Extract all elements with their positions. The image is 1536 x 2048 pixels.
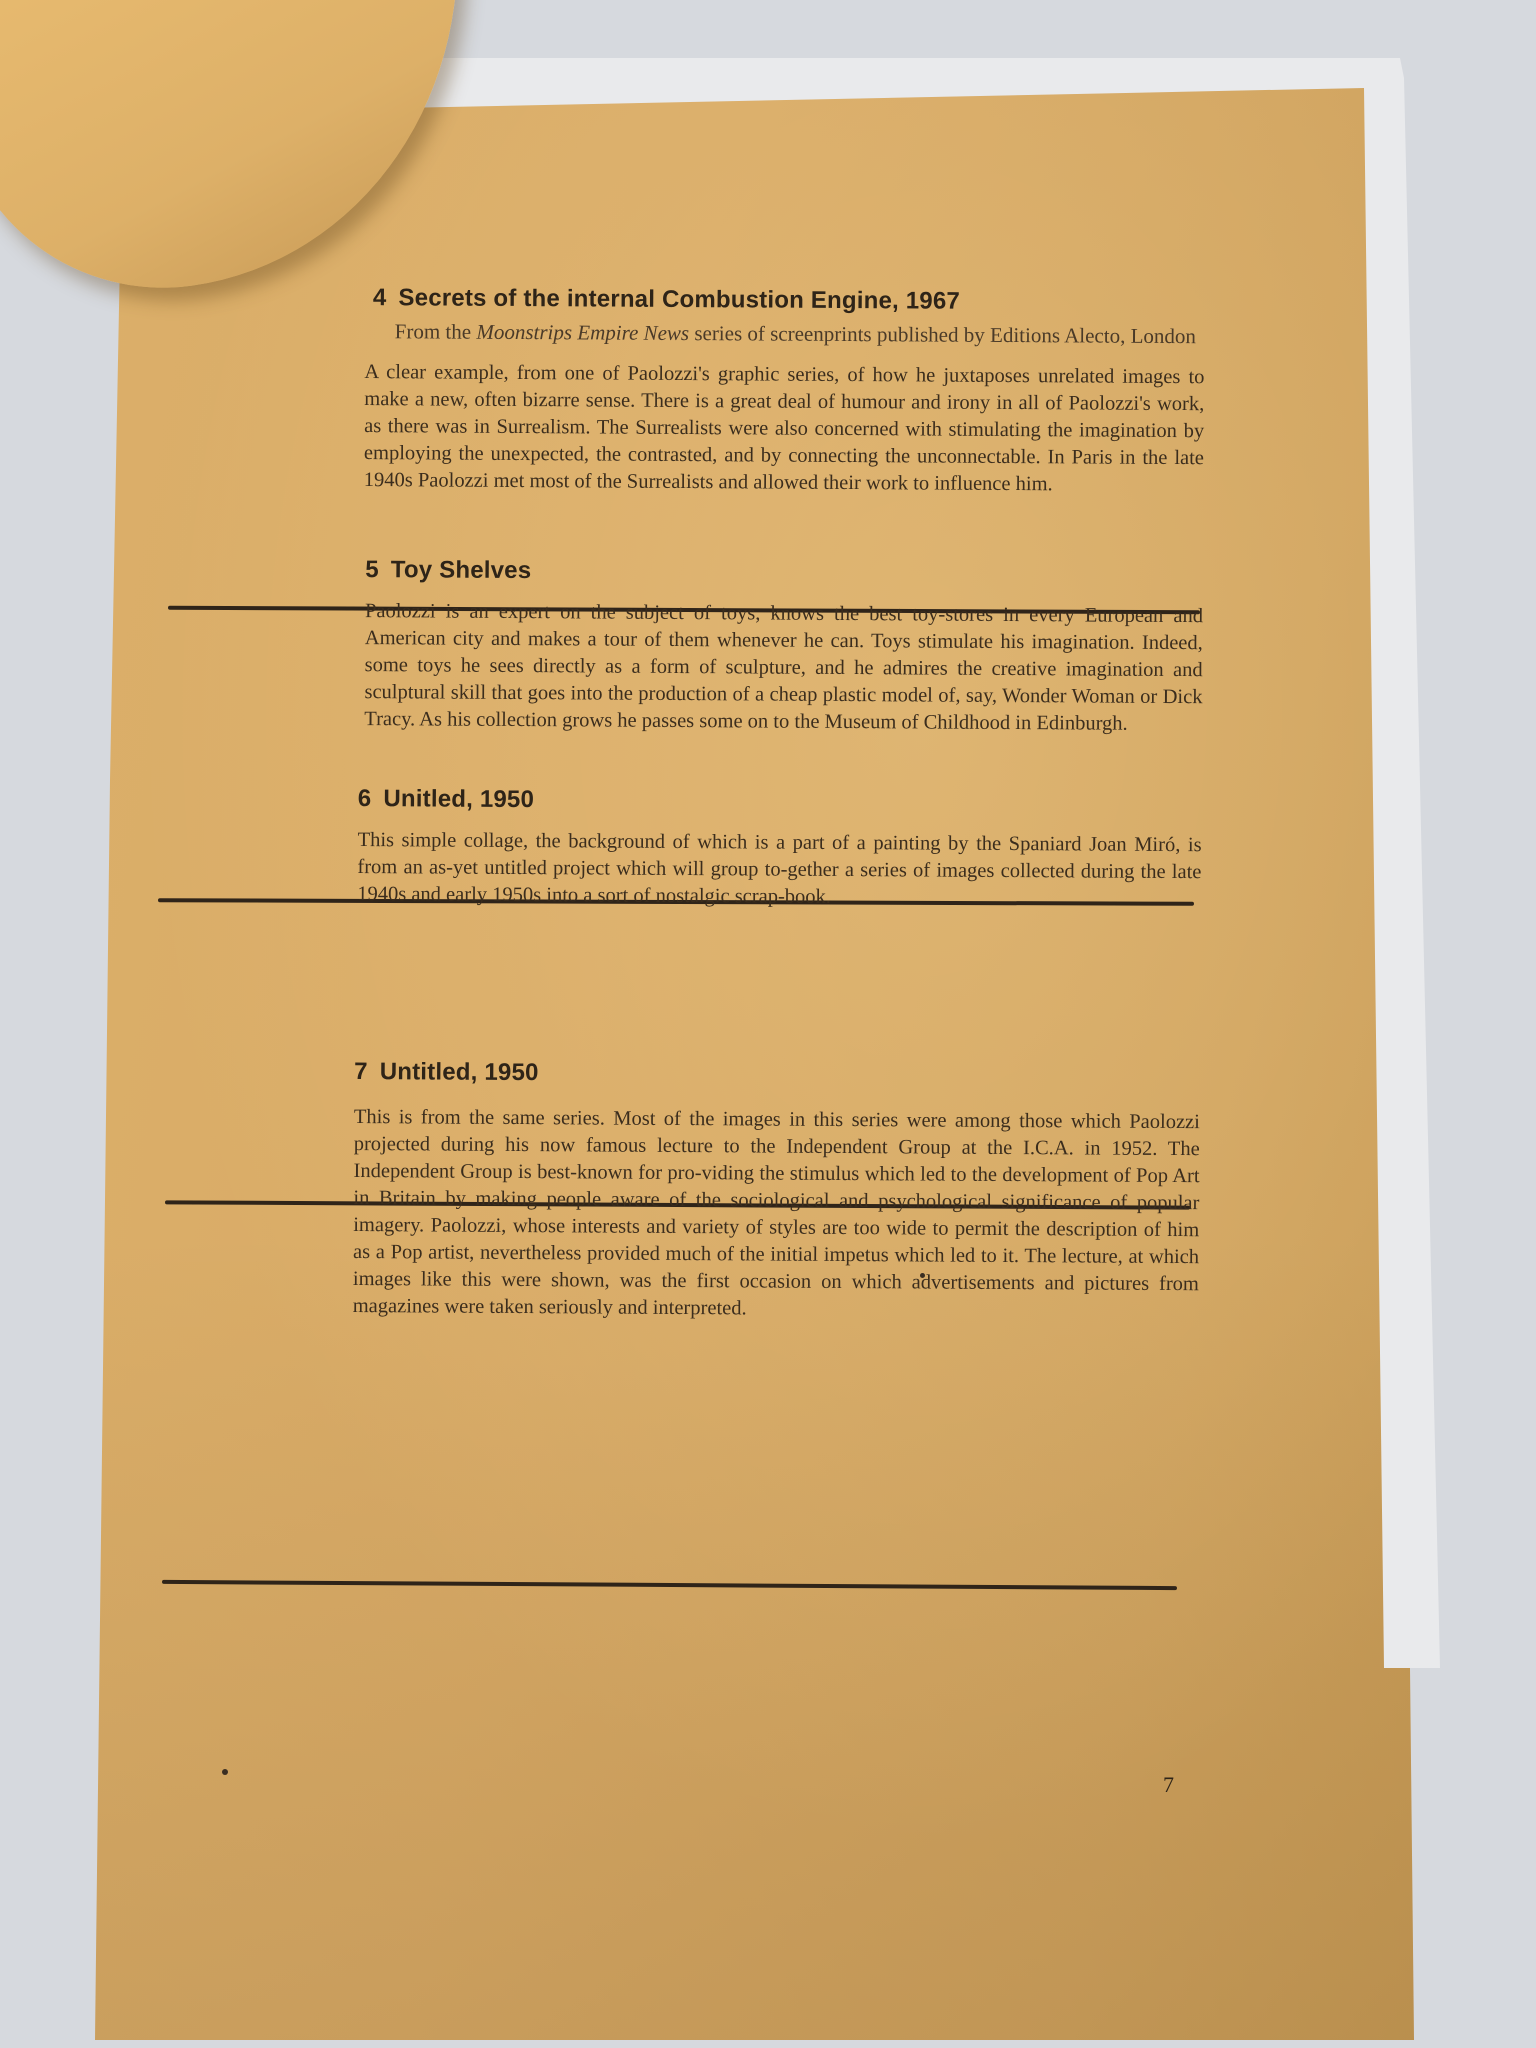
entry-number: 6 <box>358 785 372 812</box>
series-name: Moonstrips Empire News <box>476 320 689 345</box>
entry-body: A clear example, from one of Paolozzi's … <box>364 359 1205 499</box>
subtitle-suffix: series of screenprints published by Edit… <box>694 321 1196 348</box>
entry-heading: Untitled, 1950 <box>380 1058 539 1086</box>
entry-title: 5Toy Shelves <box>365 556 1203 589</box>
entry-body: This simple collage, the background of w… <box>357 827 1201 913</box>
entry-body: This is from the same series. Most of th… <box>353 1104 1200 1325</box>
entry-heading: Unitled, 1950 <box>383 785 534 813</box>
entry-body: Paolozzi is an expert on the subject of … <box>364 598 1203 738</box>
entry-title: 4Secrets of the internal Combustion Engi… <box>373 284 1205 317</box>
entry-5: 5Toy Shelves Paolozzi is an expert on th… <box>364 556 1203 738</box>
paper-speck <box>222 1769 228 1775</box>
entry-title: 6Unitled, 1950 <box>358 785 1202 818</box>
entry-number: 5 <box>365 556 379 583</box>
entry-6: 6Unitled, 1950 This simple collage, the … <box>357 785 1202 913</box>
entry-number: 4 <box>373 284 387 311</box>
subtitle-prefix: From the <box>395 319 472 343</box>
entry-heading: Toy Shelves <box>391 556 532 584</box>
entry-heading: Secrets of the internal Combustion Engin… <box>398 284 960 314</box>
entry-subtitle: From the Moonstrips Empire News series o… <box>395 318 1205 350</box>
entry-title: 7Untitled, 1950 <box>354 1058 1200 1091</box>
entry-4: 4Secrets of the internal Combustion Engi… <box>372 284 1205 499</box>
entry-number: 7 <box>354 1058 368 1085</box>
document-content: 4Secrets of the internal Combustion Engi… <box>349 284 1205 1325</box>
entry-7: 7Untitled, 1950 This is from the same se… <box>353 1058 1201 1325</box>
paper-speck <box>920 1273 925 1278</box>
page-number: 7 <box>1163 1772 1174 1798</box>
